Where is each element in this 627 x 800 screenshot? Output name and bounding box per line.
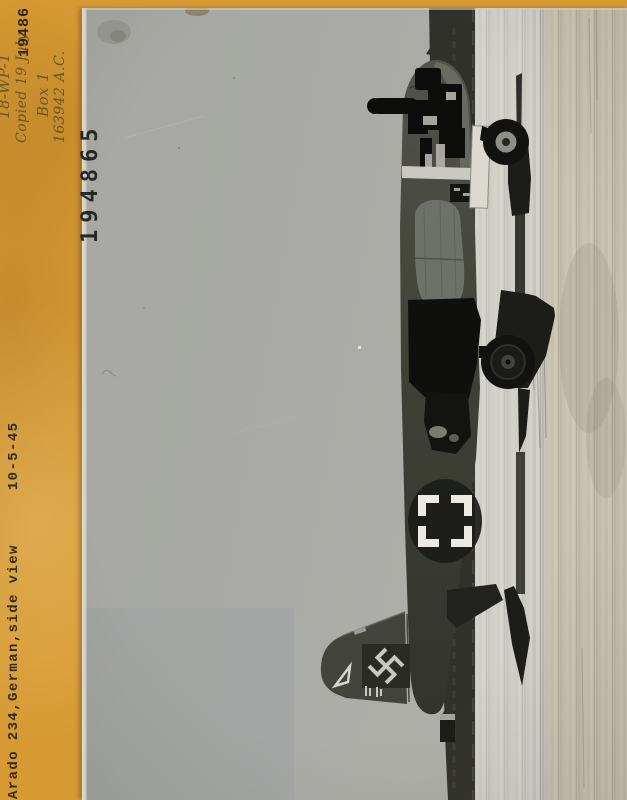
photo-scene [84, 8, 627, 800]
handwritten-note: 18-WP-1 [0, 53, 12, 119]
handwritten-note: Copied 19 July [15, 32, 29, 143]
typed-caption: Arado 234,German,side view [7, 544, 21, 799]
typed-date: 10-5-45 [7, 422, 21, 491]
archive-card: 19486 18-WP-1 Copied 19 July Box 1 16394… [0, 0, 627, 800]
photograph [82, 8, 627, 800]
handwritten-note: 163942 A.C. [53, 50, 67, 143]
typed-caption-row: Arado 234,German,side view 10-5-45 [7, 422, 21, 799]
handwritten-note: Box 1 [36, 72, 51, 117]
photo-id-stamp: 194865 [80, 122, 102, 243]
